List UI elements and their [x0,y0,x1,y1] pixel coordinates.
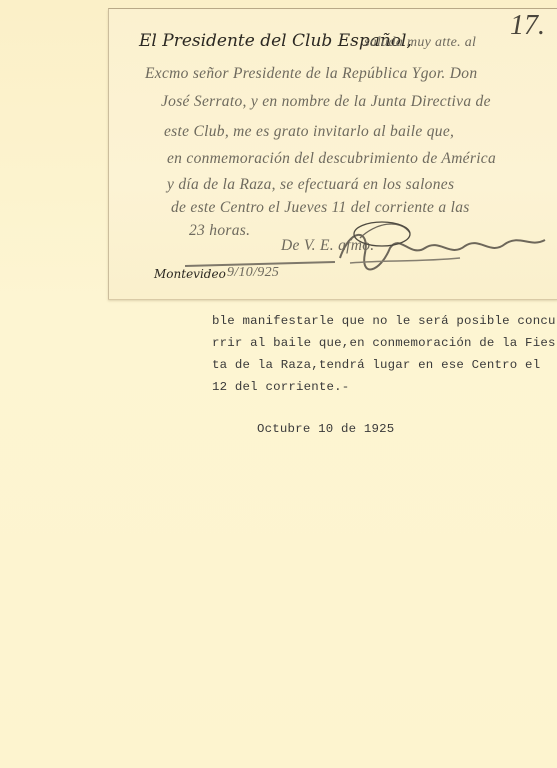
folio-number: 17. [510,10,545,42]
typed-letter: señor Presidente de la República,le es s… [212,288,557,440]
printed-place: Montevideo [154,267,226,281]
handwritten-line: Excmo señor Presidente de la República Y… [145,65,477,83]
typed-line: 12 del corriente.- [212,376,557,398]
handwritten-line: en conmemoración del descubrimiento de A… [167,150,496,168]
typed-line: ble manifestarle que no le será posible … [212,310,557,332]
typed-date: Octubre 10 de 1925 [212,418,557,440]
typed-line: rrir al baile que,en conmemoración de la… [212,332,557,354]
document-page: señor Presidente de la República,le es s… [0,0,557,768]
handwritten-line: de este Centro el Jueves 11 del corrient… [171,199,470,217]
handwritten-line: saluda muy atte. al [364,35,476,51]
handwritten-line: 23 horas. [189,222,250,240]
signature-icon [330,218,550,278]
handwritten-date: 9/10/925 [227,265,279,281]
handwritten-line: este Club, me es grato invitarlo al bail… [164,123,454,141]
typed-line: ta de la Raza,tendrá lugar en ese Centro… [212,354,557,376]
handwritten-line: José Serrato, y en nombre de la Junta Di… [161,93,491,111]
handwritten-line: y día de la Raza, se efectuará en los sa… [167,176,454,194]
